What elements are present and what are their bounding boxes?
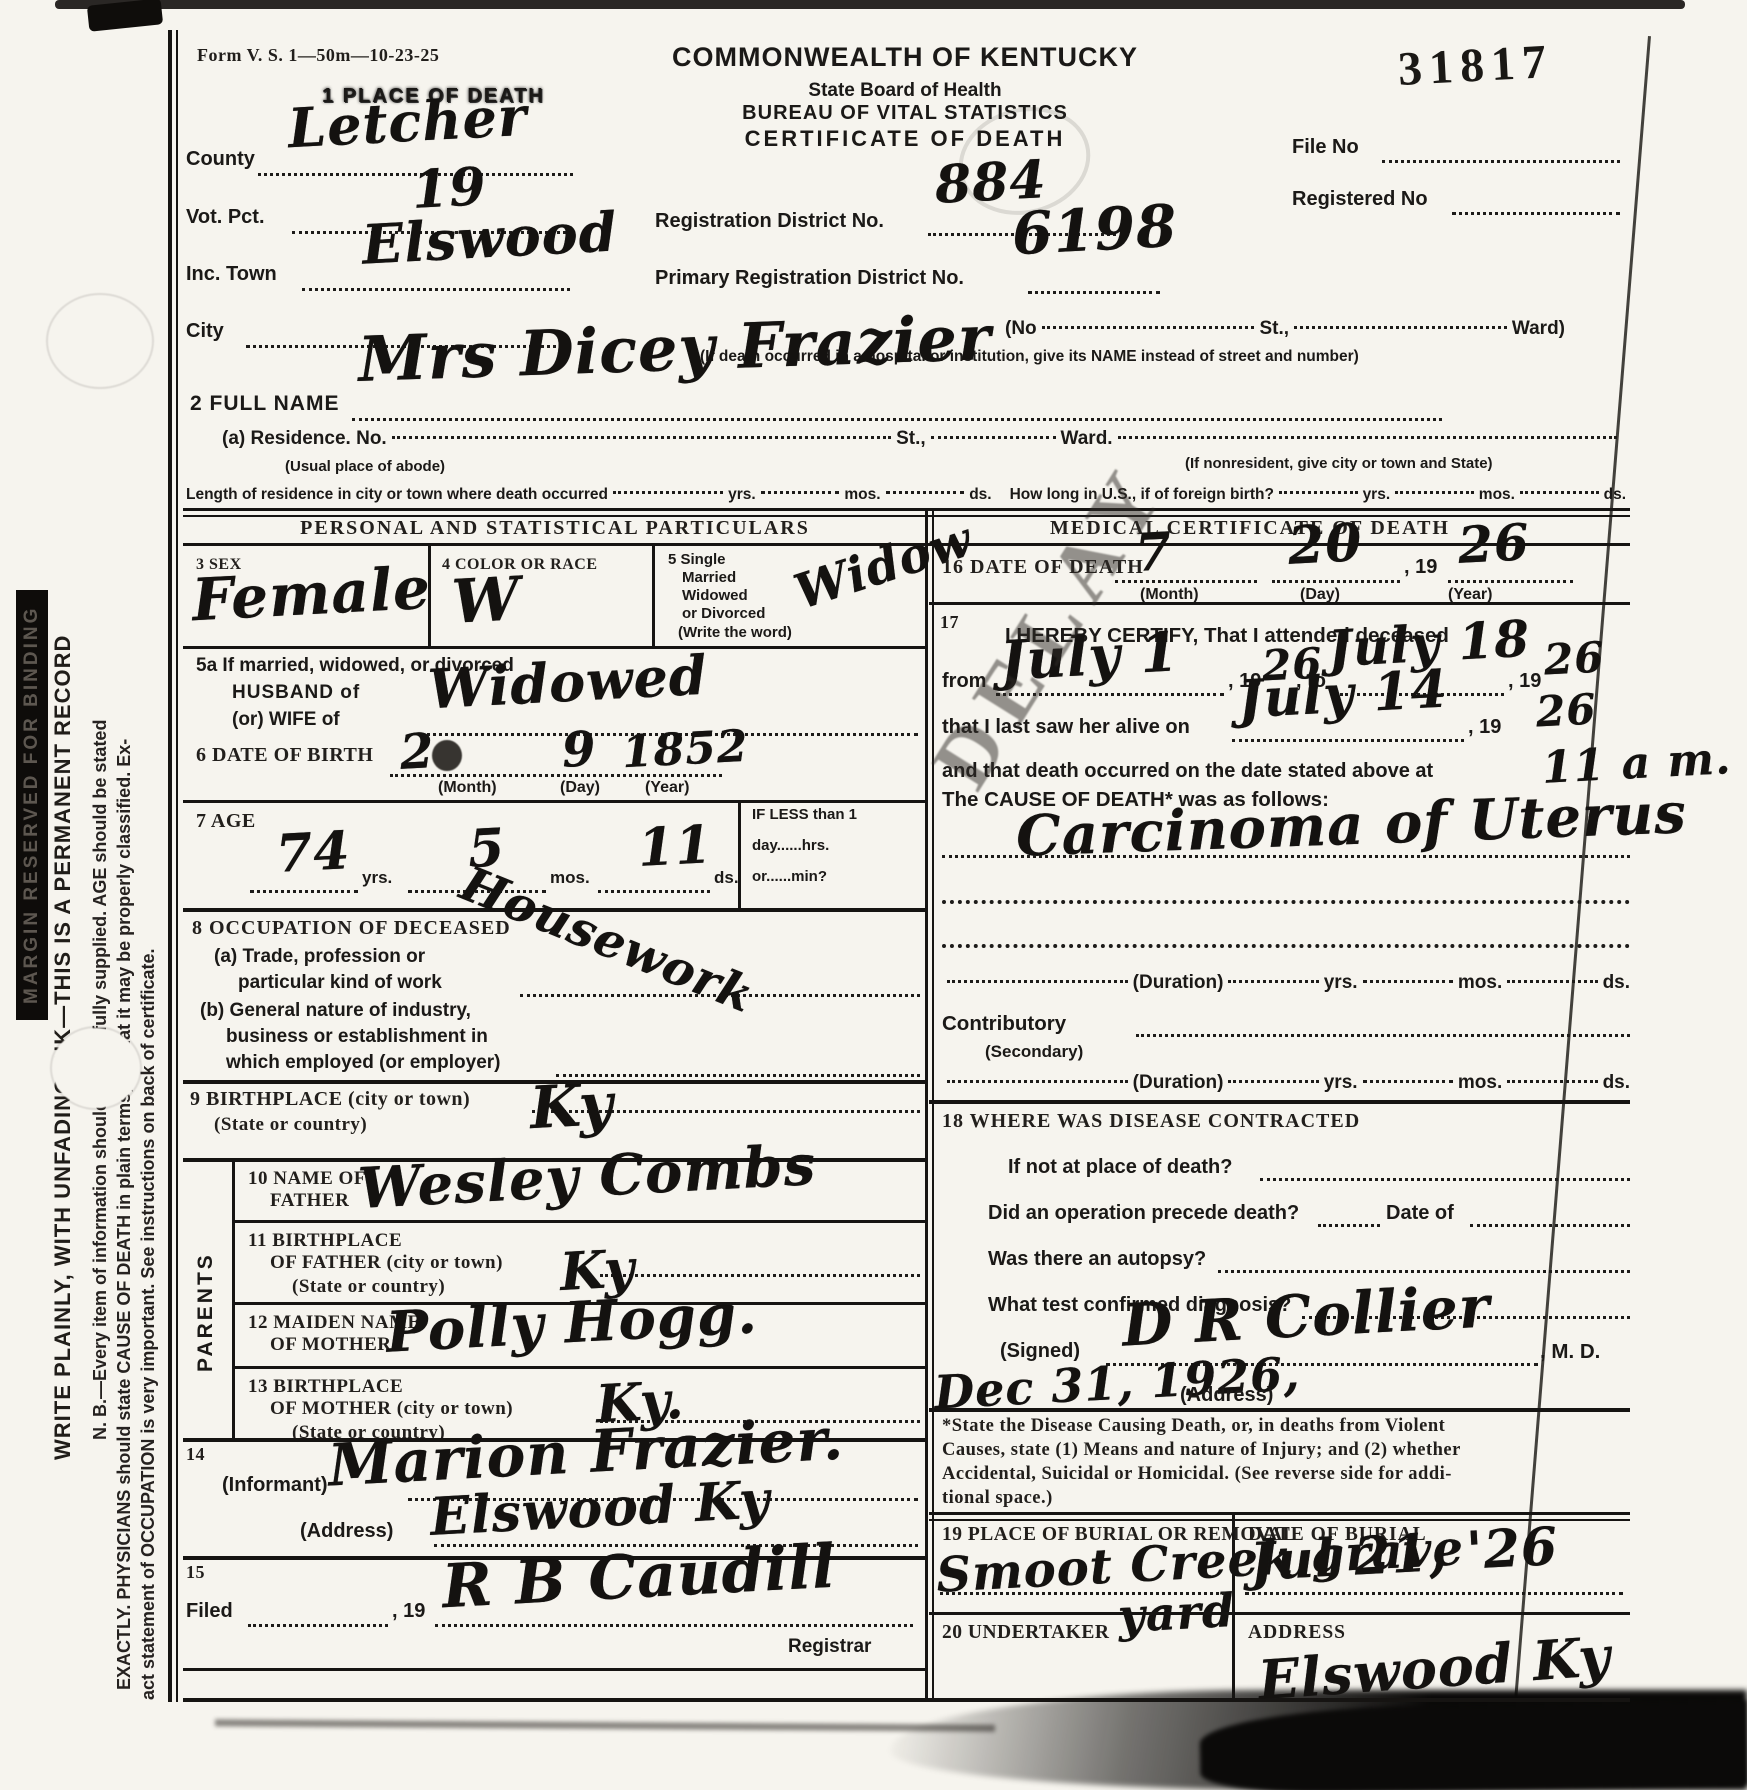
form-left-border-inner [176,30,178,1702]
duration-label: (Duration) [1133,972,1224,994]
dotted-leader [1318,1224,1380,1227]
primary-registration-label: Primary Registration District No. [655,267,964,290]
length-label: Length of residence in city or town wher… [186,486,608,504]
rule-horizontal [183,646,925,649]
dotted-leader [1448,580,1573,583]
duration-row-2: (Duration) yrs. mos. ds. [942,1072,1630,1094]
dotted-leader [1294,326,1507,329]
operation-label: Did an operation precede death? [988,1202,1299,1225]
day-caption: (Day) [560,779,600,797]
if-less-line2: day......hrs. [752,837,829,854]
margin-binding-label: MARGIN RESERVED FOR BINDING [16,590,48,1020]
dotted-leader [1218,1270,1630,1273]
dotted-leader [250,890,358,893]
ds-label: ds. [1603,1072,1630,1094]
dotted-leader [761,491,840,494]
duration-label: (Duration) [1133,1072,1224,1094]
ds-label: ds. [714,868,739,888]
last-saw-year: 26 [1535,684,1598,736]
yrs-label: yrs. [1324,972,1358,994]
rule-horizontal [929,1612,1630,1615]
dotted-leader [392,436,891,439]
if-less-line3: or......min? [752,868,827,885]
precinct-label: Vot. Pct. [186,206,265,229]
last-saw-value: July 14 [1237,659,1450,731]
residence-row: (a) Residence. No. St., Ward. [222,428,1622,450]
filed-year-prefix: , 19 [392,1600,425,1623]
dotted-leader [886,491,965,494]
occupation-a-line2: particular kind of work [238,972,442,994]
yrs-label: yrs. [728,486,756,504]
rule-horizontal [183,800,925,803]
informant-number: 14 [186,1444,205,1465]
dob-day-value: 9 [561,721,598,779]
section-divider-rule [183,508,1630,517]
margin-nb-line1: N. B.—Every item of information should b… [90,720,111,1440]
city-label: City [186,320,224,343]
dotted-leader [1245,1592,1623,1595]
dotted-leader [352,418,1442,421]
undertaker-label: 20 UNDERTAKER [942,1622,1109,1644]
father-birthplace-label1: 11 BIRTHPLACE [248,1230,402,1252]
title-state-board: State Board of Health [808,80,1001,102]
dotted-leader [1232,739,1464,742]
physician-signature: D R Collier [1120,1272,1491,1359]
rule-horizontal [929,1100,1630,1104]
rule-vertical [652,546,655,646]
informant-address-label: (Address) [300,1520,393,1543]
dotted-leader [1042,326,1255,329]
mother-name-label2: OF MOTHER [270,1334,392,1356]
birthplace-value: Ky [528,1070,615,1142]
dod-year-prefix: , 19 [1404,556,1437,579]
inc-town-label: Inc. Town [186,263,277,286]
ds-label: ds. [1603,972,1630,994]
certificate-number: 31817 [1397,34,1555,97]
rule-horizontal [234,1220,925,1223]
dob-label: 6 DATE OF BIRTH [196,744,373,767]
mos-label: mos. [1458,972,1502,994]
rule-horizontal [929,1408,1630,1412]
lastsaw-year-prefix: , 19 [1468,716,1501,739]
birthplace-sub-label: (State or country) [214,1114,367,1136]
full-name-label: 2 FULL NAME [190,392,339,416]
file-no-label: File No [1292,136,1359,159]
scan-bottom-right-corner [1199,1700,1747,1790]
ward-label: Ward) [1512,318,1565,340]
rule-vertical [232,1158,235,1438]
nonresident-note: (If nonresident, give city or town and S… [1185,455,1493,472]
ds-label: ds. [969,486,991,504]
dotted-leader [1279,491,1358,494]
occupation-b-line1: (b) General nature of industry, [200,1000,471,1022]
abode-note: (Usual place of abode) [285,458,445,475]
ink-blot [432,740,462,771]
marital-label-3: Widowed [682,587,748,604]
dotted-leader [1028,291,1160,294]
county-value: Letcher [286,84,528,160]
street-ward-row: (No St., Ward) [1005,318,1565,340]
dotted-leader [1395,491,1474,494]
dotted-leader [1136,1034,1630,1037]
duration-row: (Duration) yrs. mos. ds. [942,972,1630,994]
year-caption: (Year) [645,779,689,797]
color-race-value: W [450,564,522,637]
mos-label: mos. [1479,486,1515,504]
age-label: 7 AGE [196,810,256,833]
personal-section-title: PERSONAL AND STATISTICAL PARTICULARS [300,517,810,540]
rule-vertical [738,800,741,908]
registered-no-label: Registered No [1292,188,1428,211]
husband-of-value: Widowed [427,643,710,722]
county-label: County [186,148,255,171]
dotted-leader [1260,1178,1630,1181]
dotted-leader [947,980,1128,983]
mother-birthplace-label2: OF MOTHER (city or town) [270,1398,513,1420]
dotted-leader [613,491,723,494]
not-at-place-label: If not at place of death? [1008,1156,1232,1179]
yrs-label: yrs. [362,868,392,888]
parents-side-label: PARENTS [194,1252,218,1372]
margin-permanent-note: WRITE PLAINLY, WITH UNFADING INK—THIS IS… [50,635,76,1460]
undertaker-address-label: ADDRESS [1248,1622,1346,1644]
date-of-label: Date of [1386,1202,1454,1225]
husband-of-label: HUSBAND of [232,682,360,704]
age-years-value: 74 [274,820,351,885]
secondary-label: (Secondary) [985,1042,1083,1062]
autopsy-label: Was there an autopsy? [988,1248,1206,1271]
dod-year-value: 26 [1457,512,1532,575]
scan-right-edge [1513,36,1651,1711]
dob-year-value: 1852 [621,721,750,779]
length-of-residence-row: Length of residence in city or town wher… [186,486,1626,504]
dotted-leader [1520,491,1599,494]
md-label: , M. D. [1540,1340,1600,1364]
mother-birthplace-label1: 13 BIRTHPLACE [248,1376,403,1398]
dotted-leader [598,890,710,893]
dotted-leader [435,1624,913,1627]
st-label: St., [1259,318,1289,340]
footnote-line4: tional space.) [942,1488,1053,1509]
mos-label: mos. [844,486,880,504]
where-disease-label: 18 WHERE WAS DISEASE CONTRACTED [942,1110,1360,1133]
marital-label-2: Married [682,569,736,586]
dotted-leader [931,436,1056,439]
title-commonwealth: COMMONWEALTH OF KENTUCKY [672,42,1138,73]
dotted-leader [1452,212,1620,215]
footnote-line2: Causes, state (1) Means and nature of In… [942,1440,1461,1461]
registration-district-label: Registration District No. [655,210,884,233]
occupation-label: 8 OCCUPATION OF DECEASED [192,917,511,940]
scan-top-left-mark [87,0,163,32]
no-label: (No [1005,318,1037,340]
signed-address-label: (Address) [1180,1384,1273,1407]
marital-label-1: 5 Single [668,551,726,568]
column-divider [925,508,934,1700]
scan-top-edge [55,0,1685,9]
footnote-line1: *State the Disease Causing Death, or, in… [942,1416,1445,1437]
inc-town-value: Elswood [361,199,619,276]
ds-label: ds. [1604,486,1626,504]
dotted-leader [940,1592,1225,1595]
dotted-leader [302,288,570,291]
dotted-leader [1363,980,1453,983]
dotted-leader [942,944,1630,948]
father-birthplace-label2: OF FATHER (city or town) [270,1252,503,1274]
dob-month-value: 2 [399,723,436,781]
mos-label: mos. [1458,1072,1502,1094]
if-less-line1: IF LESS than 1 [752,806,857,823]
father-name-value: Wesley Combs [357,1132,818,1222]
scan-white-blob [48,295,152,387]
margin-nb-line3: act statement of OCCUPATION is very impo… [138,949,159,1701]
sex-value: Female [190,554,432,634]
rule-horizontal [183,1668,925,1671]
yrs-label: yrs. [1324,1072,1358,1094]
dotted-leader [248,1624,388,1627]
item-17-number: 17 [940,612,959,633]
dotted-leader [947,1080,1128,1083]
footnote-line3: Accidental, Suicidal or Homicidal. (See … [942,1464,1452,1485]
contributory-label: Contributory [942,1012,1066,1036]
dotted-leader [1363,1080,1453,1083]
informant-label: (Informant) [222,1474,328,1497]
father-birthplace-label3: (State or country) [292,1276,445,1298]
wife-of-label: (or) WIFE of [232,709,340,731]
form-number: Form V. S. 1—50m—10-23-25 [197,45,439,66]
attended-to-year: 26 [1543,632,1606,684]
dotted-leader [600,1274,920,1277]
occupation-b-line3: which employed (or employer) [226,1052,501,1074]
primary-registration-value: 6198 [1010,192,1179,269]
death-certificate-scan: MARGIN RESERVED FOR BINDING WRITE PLAINL… [0,0,1747,1790]
dotted-leader [1228,980,1318,983]
marital-label-5: (Write the word) [678,624,792,641]
month-caption: (Month) [438,779,497,797]
filed-label: Filed [186,1600,233,1623]
full-name-value: Mrs Dicey Frazier [357,301,993,396]
dotted-leader [942,900,1630,904]
margin-nb-line2: EXACTLY. PHYSICIANS should state CAUSE O… [114,739,135,1690]
dotted-leader [1507,1080,1597,1083]
occupation-a-line1: (a) Trade, profession or [214,946,425,968]
mos-label: mos. [550,868,590,888]
dotted-leader [1470,1224,1630,1227]
rule-horizontal [234,1366,925,1369]
residence-label: (a) Residence. No. [222,428,387,450]
marital-label-4: or Divorced [682,605,765,622]
registrar-label: Registrar [788,1636,871,1658]
scan-bottom-streak [215,1719,995,1731]
dotted-leader [1228,1080,1318,1083]
birthplace-label: 9 BIRTHPLACE (city or town) [190,1088,470,1111]
dotted-leader [1118,436,1617,439]
occupation-b-line2: business or establishment in [226,1026,488,1048]
dotted-leader [1272,580,1400,583]
yrs-label: yrs. [1363,486,1391,504]
dotted-leader [1507,980,1597,983]
dotted-leader [942,855,1630,858]
father-name-label2: FATHER [270,1190,349,1212]
dotted-leader [1382,160,1620,163]
form-left-border [168,30,172,1702]
father-name-label1: 10 NAME OF [248,1168,366,1190]
dod-day-value: 20 [1286,512,1363,577]
residence-st-label: St., [896,428,926,450]
age-days-value: 11 [636,814,713,879]
margin-binding-bar: MARGIN RESERVED FOR BINDING [16,590,48,1020]
filed-number: 15 [186,1562,205,1583]
